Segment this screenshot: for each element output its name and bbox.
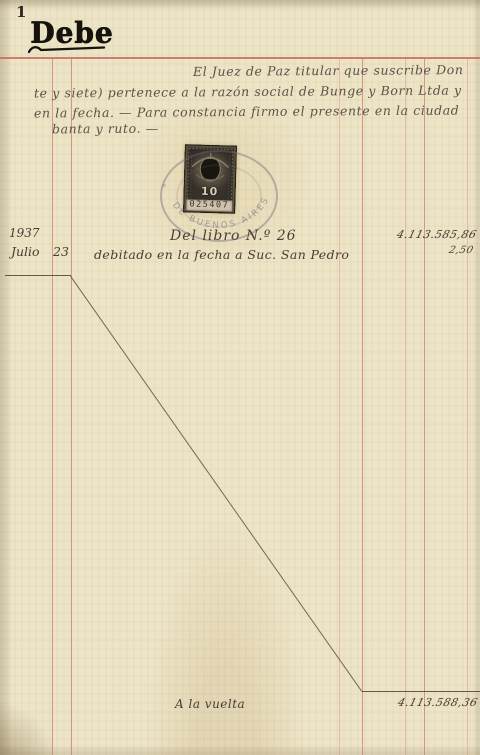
note-line-3: en la fecha. — Para constancia firmo el … xyxy=(34,103,459,121)
entry-amount-fee: 2,50 xyxy=(447,245,474,256)
footer-carry-label: A la vuelta xyxy=(175,697,245,711)
column-rule xyxy=(71,59,72,755)
entry-description: debitado en la fecha a Suc. San Pedro xyxy=(94,247,349,262)
ink-total-line xyxy=(362,691,480,692)
column-rule xyxy=(362,59,363,755)
ledger-page: 1 Debe El Juez de Paz titular que suscri… xyxy=(0,0,480,755)
entry-title: Del libro N.º 26 xyxy=(170,228,297,244)
page-number: 1 xyxy=(16,3,26,21)
entry-amount-main: 4.113.585,86 xyxy=(395,228,478,241)
column-rule xyxy=(405,59,406,755)
ink-diagonal-line xyxy=(70,276,362,692)
underline-flourish xyxy=(26,43,108,55)
column-rule xyxy=(424,59,425,755)
note-line-1: El Juez de Paz titular que suscribe Don xyxy=(193,62,464,79)
svg-text:DE BUENOS AIRES: DE BUENOS AIRES xyxy=(170,195,272,231)
column-rule xyxy=(339,59,340,755)
footer-carry-amount: 4.113.588,36 xyxy=(396,696,479,709)
entry-day: 23 xyxy=(53,244,69,259)
seal-star-icon: * xyxy=(162,183,166,192)
column-rule xyxy=(52,59,53,755)
seal-text: DE BUENOS AIRES xyxy=(170,195,272,231)
note-line-4: banta y ruto. — xyxy=(52,121,159,137)
column-rule xyxy=(467,59,468,755)
note-line-2: te y siete) pertenece a la razón social … xyxy=(34,83,462,101)
entry-month: Julio xyxy=(11,244,40,259)
date-underline xyxy=(5,275,71,276)
header-rule xyxy=(0,57,480,59)
entry-year: 1937 xyxy=(9,226,40,240)
